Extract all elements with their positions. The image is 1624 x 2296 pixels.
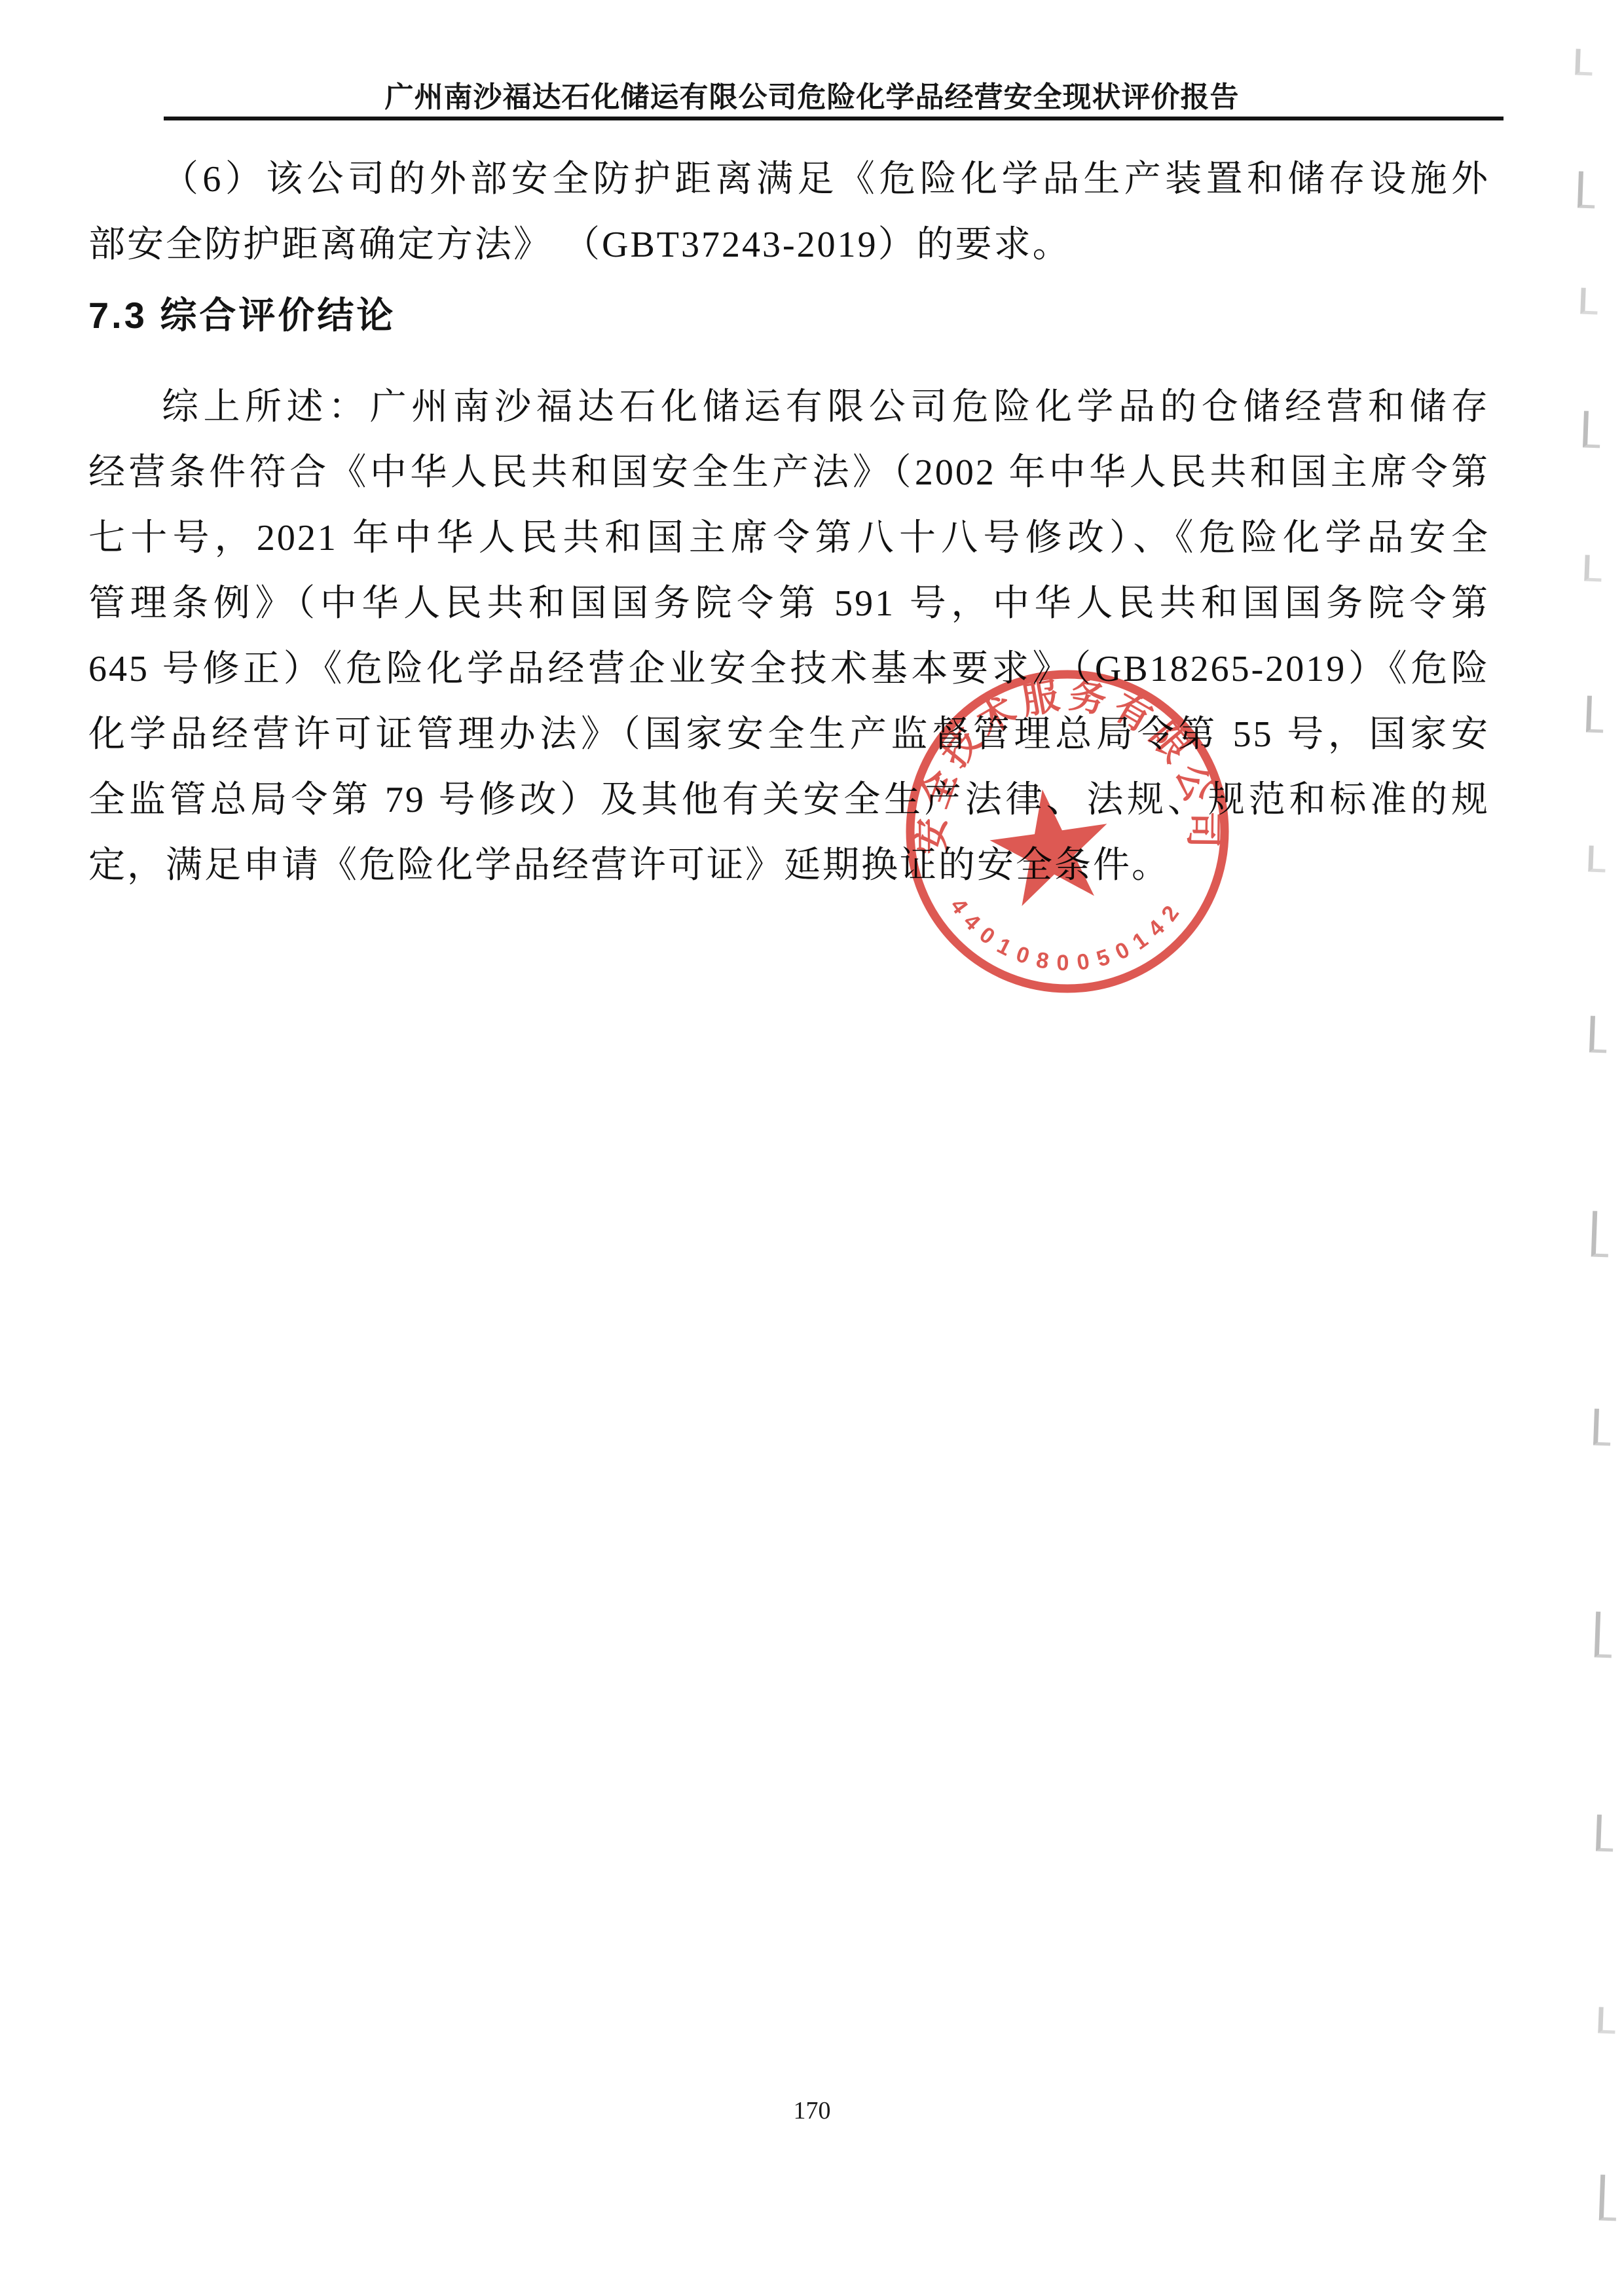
scan-artifact	[1598, 2007, 1615, 2034]
scan-artifact	[1595, 1612, 1613, 1658]
scan-artifact	[1583, 411, 1601, 448]
header-rule	[164, 117, 1504, 120]
paragraph-line: 定，满足申请《危险化学品经营许可证》延期换证的安全条件。	[88, 833, 1490, 898]
paragraph-line: 管理条例》（中华人民共和国国务院令第 591 号，中华人民共和国国务院令第	[88, 571, 1490, 636]
conclusion-paragraph: 综上所述：广州南沙福达石化储运有限公司危险化学品的仓储经营和储存 经营条件符合《…	[88, 374, 1490, 898]
paragraph-line: 七十号，2021 年中华人民共和国主席令第八十八号修改）、《危险化学品安全	[88, 505, 1490, 571]
scan-artifact	[1575, 49, 1593, 76]
paragraph-line: （6）该公司的外部安全防护距离满足《危险化学品生产装置和储存设施外	[88, 147, 1490, 212]
scan-artifact	[1586, 696, 1604, 733]
paragraph-external-distance: （6）该公司的外部安全防护距离满足《危险化学品生产装置和储存设施外 部安全防护距…	[88, 147, 1490, 278]
scan-artifact	[1591, 1211, 1610, 1258]
section-heading: 7.3 综合评价结论	[88, 289, 1490, 342]
scan-artifact	[1584, 555, 1602, 582]
scan-artifact	[1588, 846, 1606, 873]
page-number: 170	[0, 2096, 1624, 2125]
page-header-title: 广州南沙福达石化储运有限公司危险化学品经营安全现状评价报告	[0, 73, 1624, 115]
scan-artifact	[1589, 1016, 1608, 1053]
paragraph-line: 645 号修正）《危险化学品经营企业安全技术基本要求》（GB18265-2019…	[88, 636, 1490, 702]
scan-artifact	[1596, 1815, 1614, 1852]
scan-artifact	[1580, 288, 1598, 315]
paragraph-line: 经营条件符合《中华人民共和国安全生产法》（2002 年中华人民共和国主席令第	[88, 440, 1490, 505]
paragraph-line: 部安全防护距离确定方法》 （GBT37243-2019）的要求。	[88, 212, 1490, 278]
scan-artifact	[1593, 1409, 1612, 1446]
document-page: 广州南沙福达石化储运有限公司危险化学品经营安全现状评价报告 （6）该公司的外部安…	[0, 0, 1624, 2296]
paragraph-line: 化学品经营许可证管理办法》（国家安全生产监督管理总局令第 55 号，国家安	[88, 702, 1490, 767]
seal-serial-number: 4401080050142	[946, 894, 1190, 975]
scan-artifact	[1578, 172, 1596, 209]
paragraph-line: 综上所述：广州南沙福达石化储运有限公司危险化学品的仓储经营和储存	[88, 374, 1490, 440]
paragraph-line: 全监管总局令第 79 号修改）及其他有关安全生产法律、法规、规范和标准的规	[88, 767, 1490, 833]
scan-artifact	[1599, 2175, 1617, 2221]
